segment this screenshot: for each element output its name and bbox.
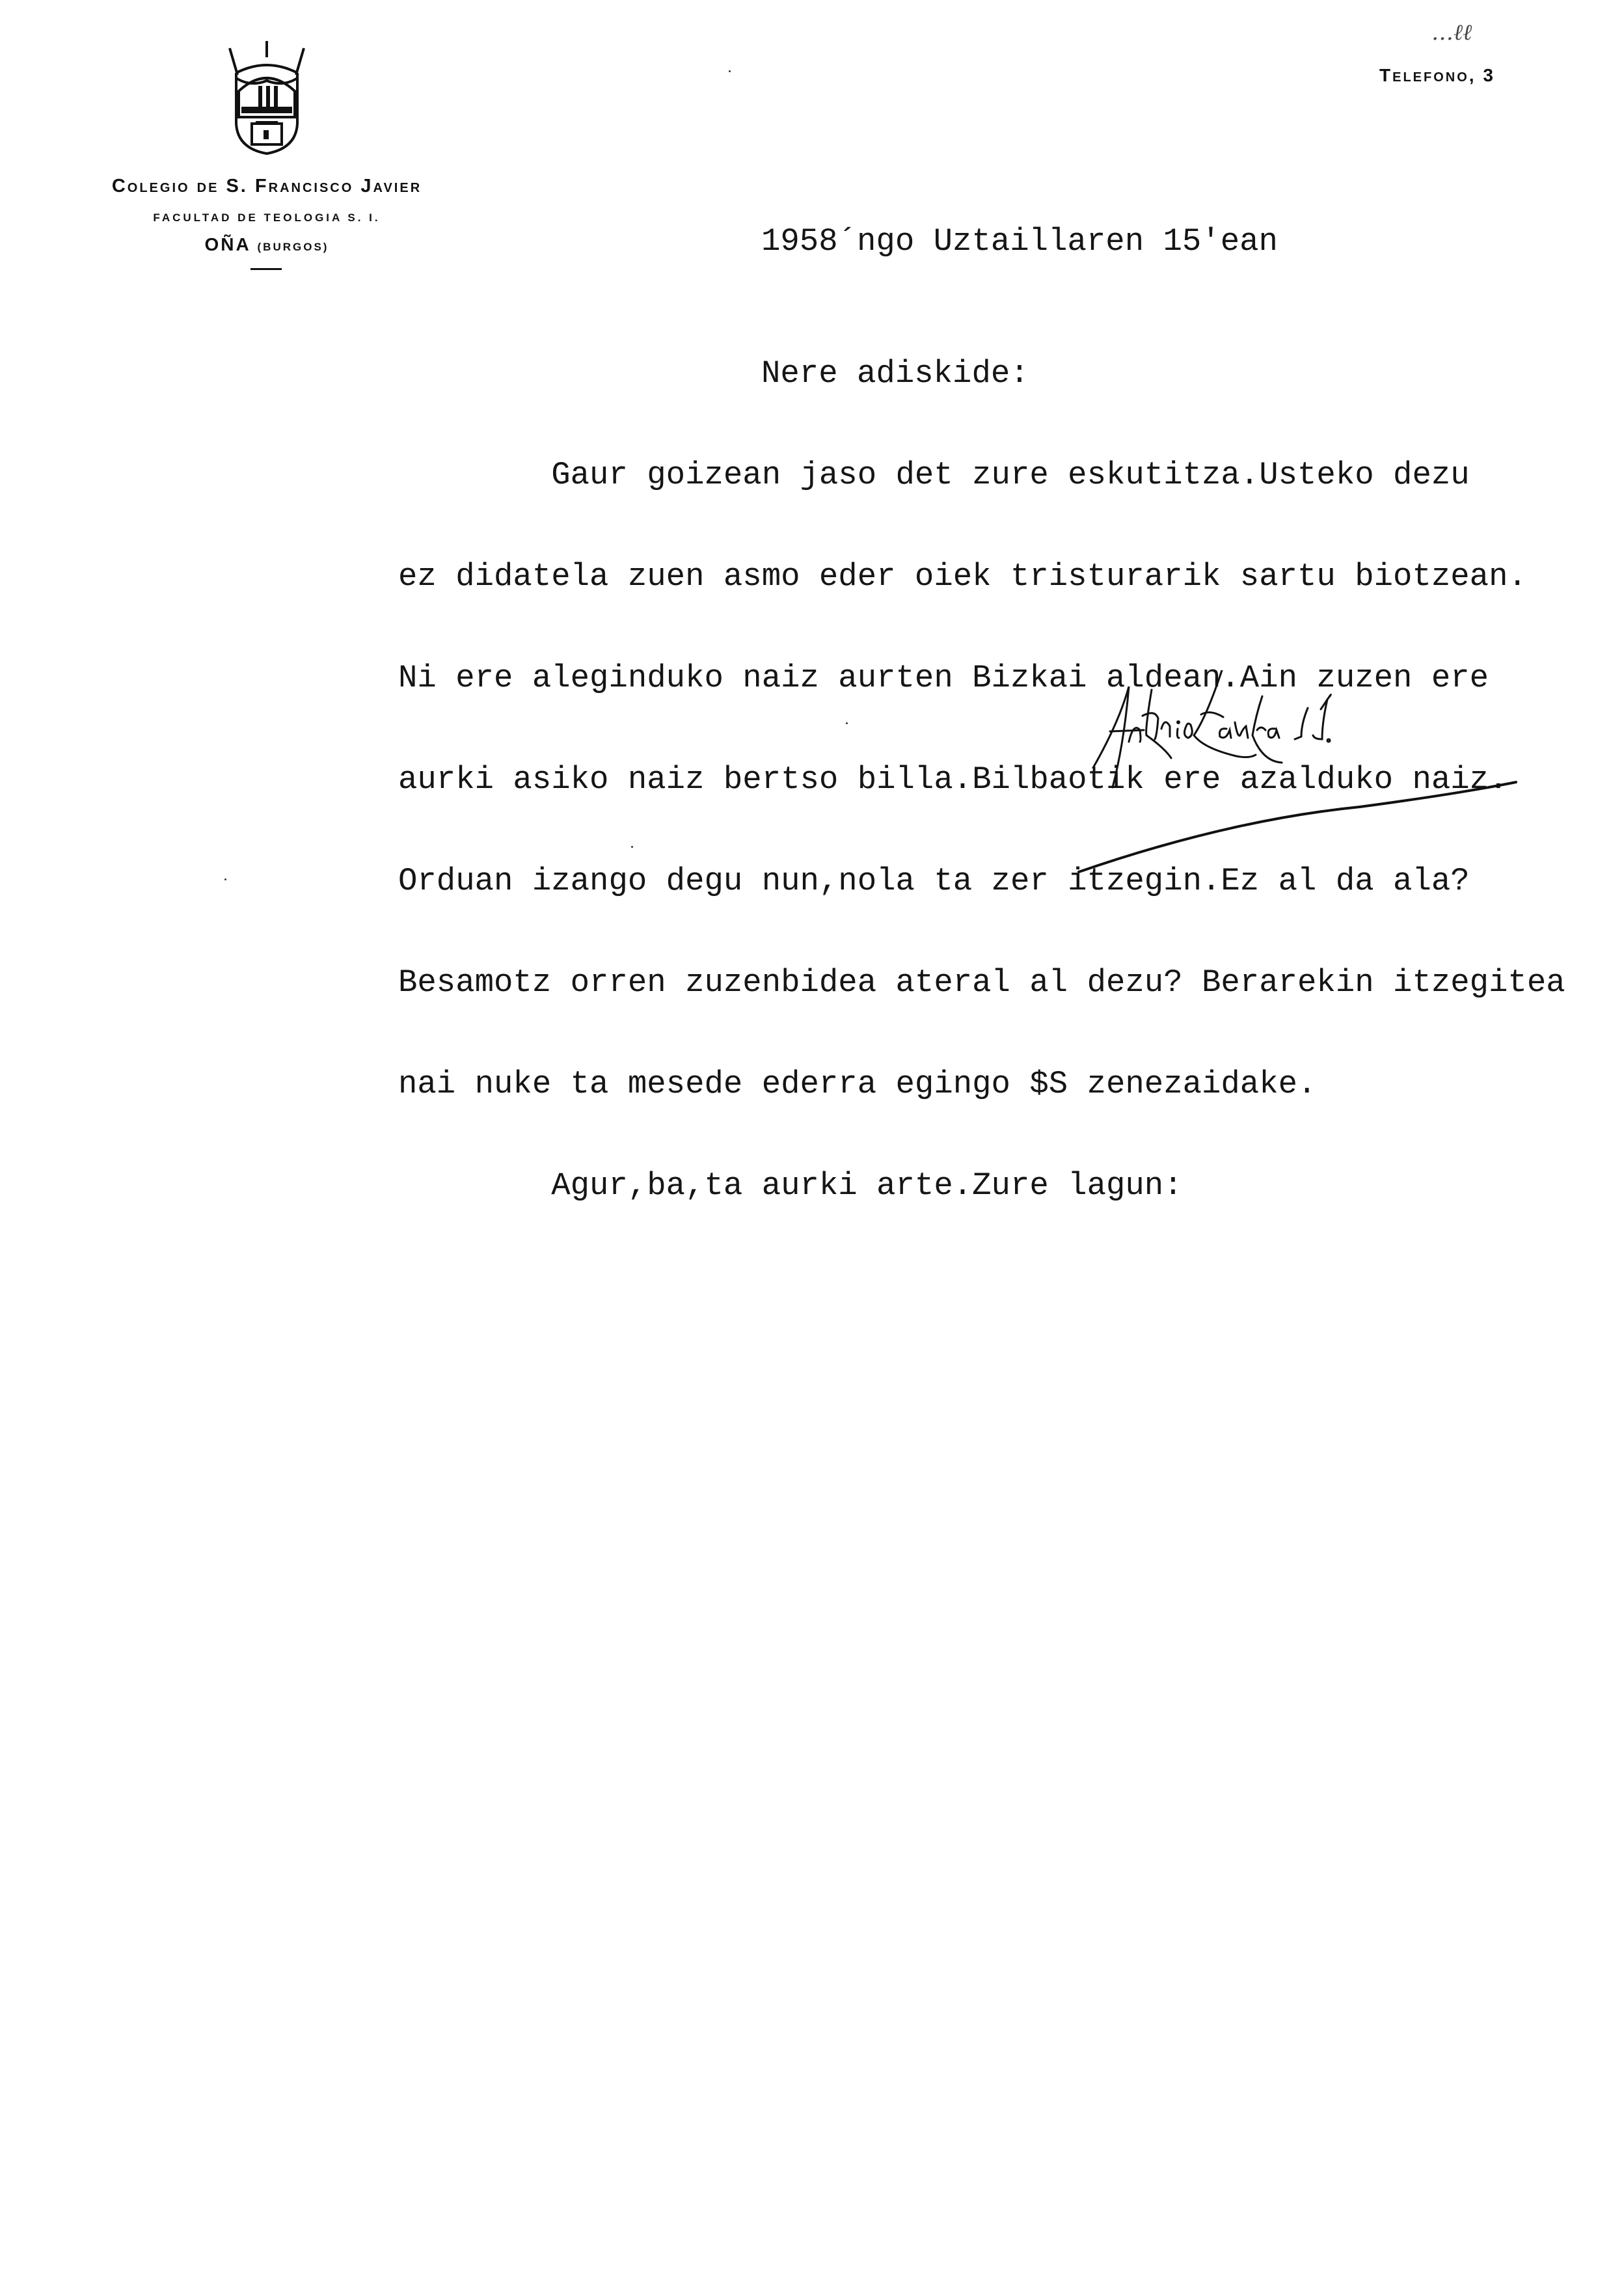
scan-speck <box>729 70 731 72</box>
letter-line: Agur,ba,ta aurki arte.Zure lagun: <box>398 1169 1565 1202</box>
letter-line: Gaur goizean jaso det zure eskutitza.Ust… <box>398 458 1565 492</box>
handwritten-signature: Antonio Zavala S.J. <box>1067 670 1588 885</box>
letter-salutation: Nere adiskide: <box>761 357 1029 390</box>
letterhead-divider <box>250 268 282 270</box>
scan-speck <box>631 846 633 848</box>
coat-of-arms-icon <box>224 39 309 156</box>
scan-speck <box>224 878 226 880</box>
scan-speck <box>846 722 848 724</box>
address: OÑA (BURGOS) <box>39 234 494 255</box>
pencil-annotation: …ℓℓ <box>1431 20 1472 46</box>
address-province: (BURGOS) <box>258 241 329 253</box>
letter-line: nai nuke ta mesede ederra egingo $S zene… <box>398 1067 1565 1101</box>
address-place: OÑA <box>205 234 250 254</box>
faculty-name: FACULTAD DE TEOLOGIA S. I. <box>39 211 494 224</box>
telephone: Telefono, 3 <box>1379 65 1495 86</box>
letter-line: ez didatela zuen asmo eder oiek tristura… <box>398 560 1565 593</box>
letter-line: Besamotz orren zuzenbidea ateral al dezu… <box>398 966 1565 999</box>
college-name: Colegio de S. Francisco Javier <box>39 176 494 197</box>
letter-date: 1958´ngo Uztaillaren 15'ean <box>761 224 1278 258</box>
